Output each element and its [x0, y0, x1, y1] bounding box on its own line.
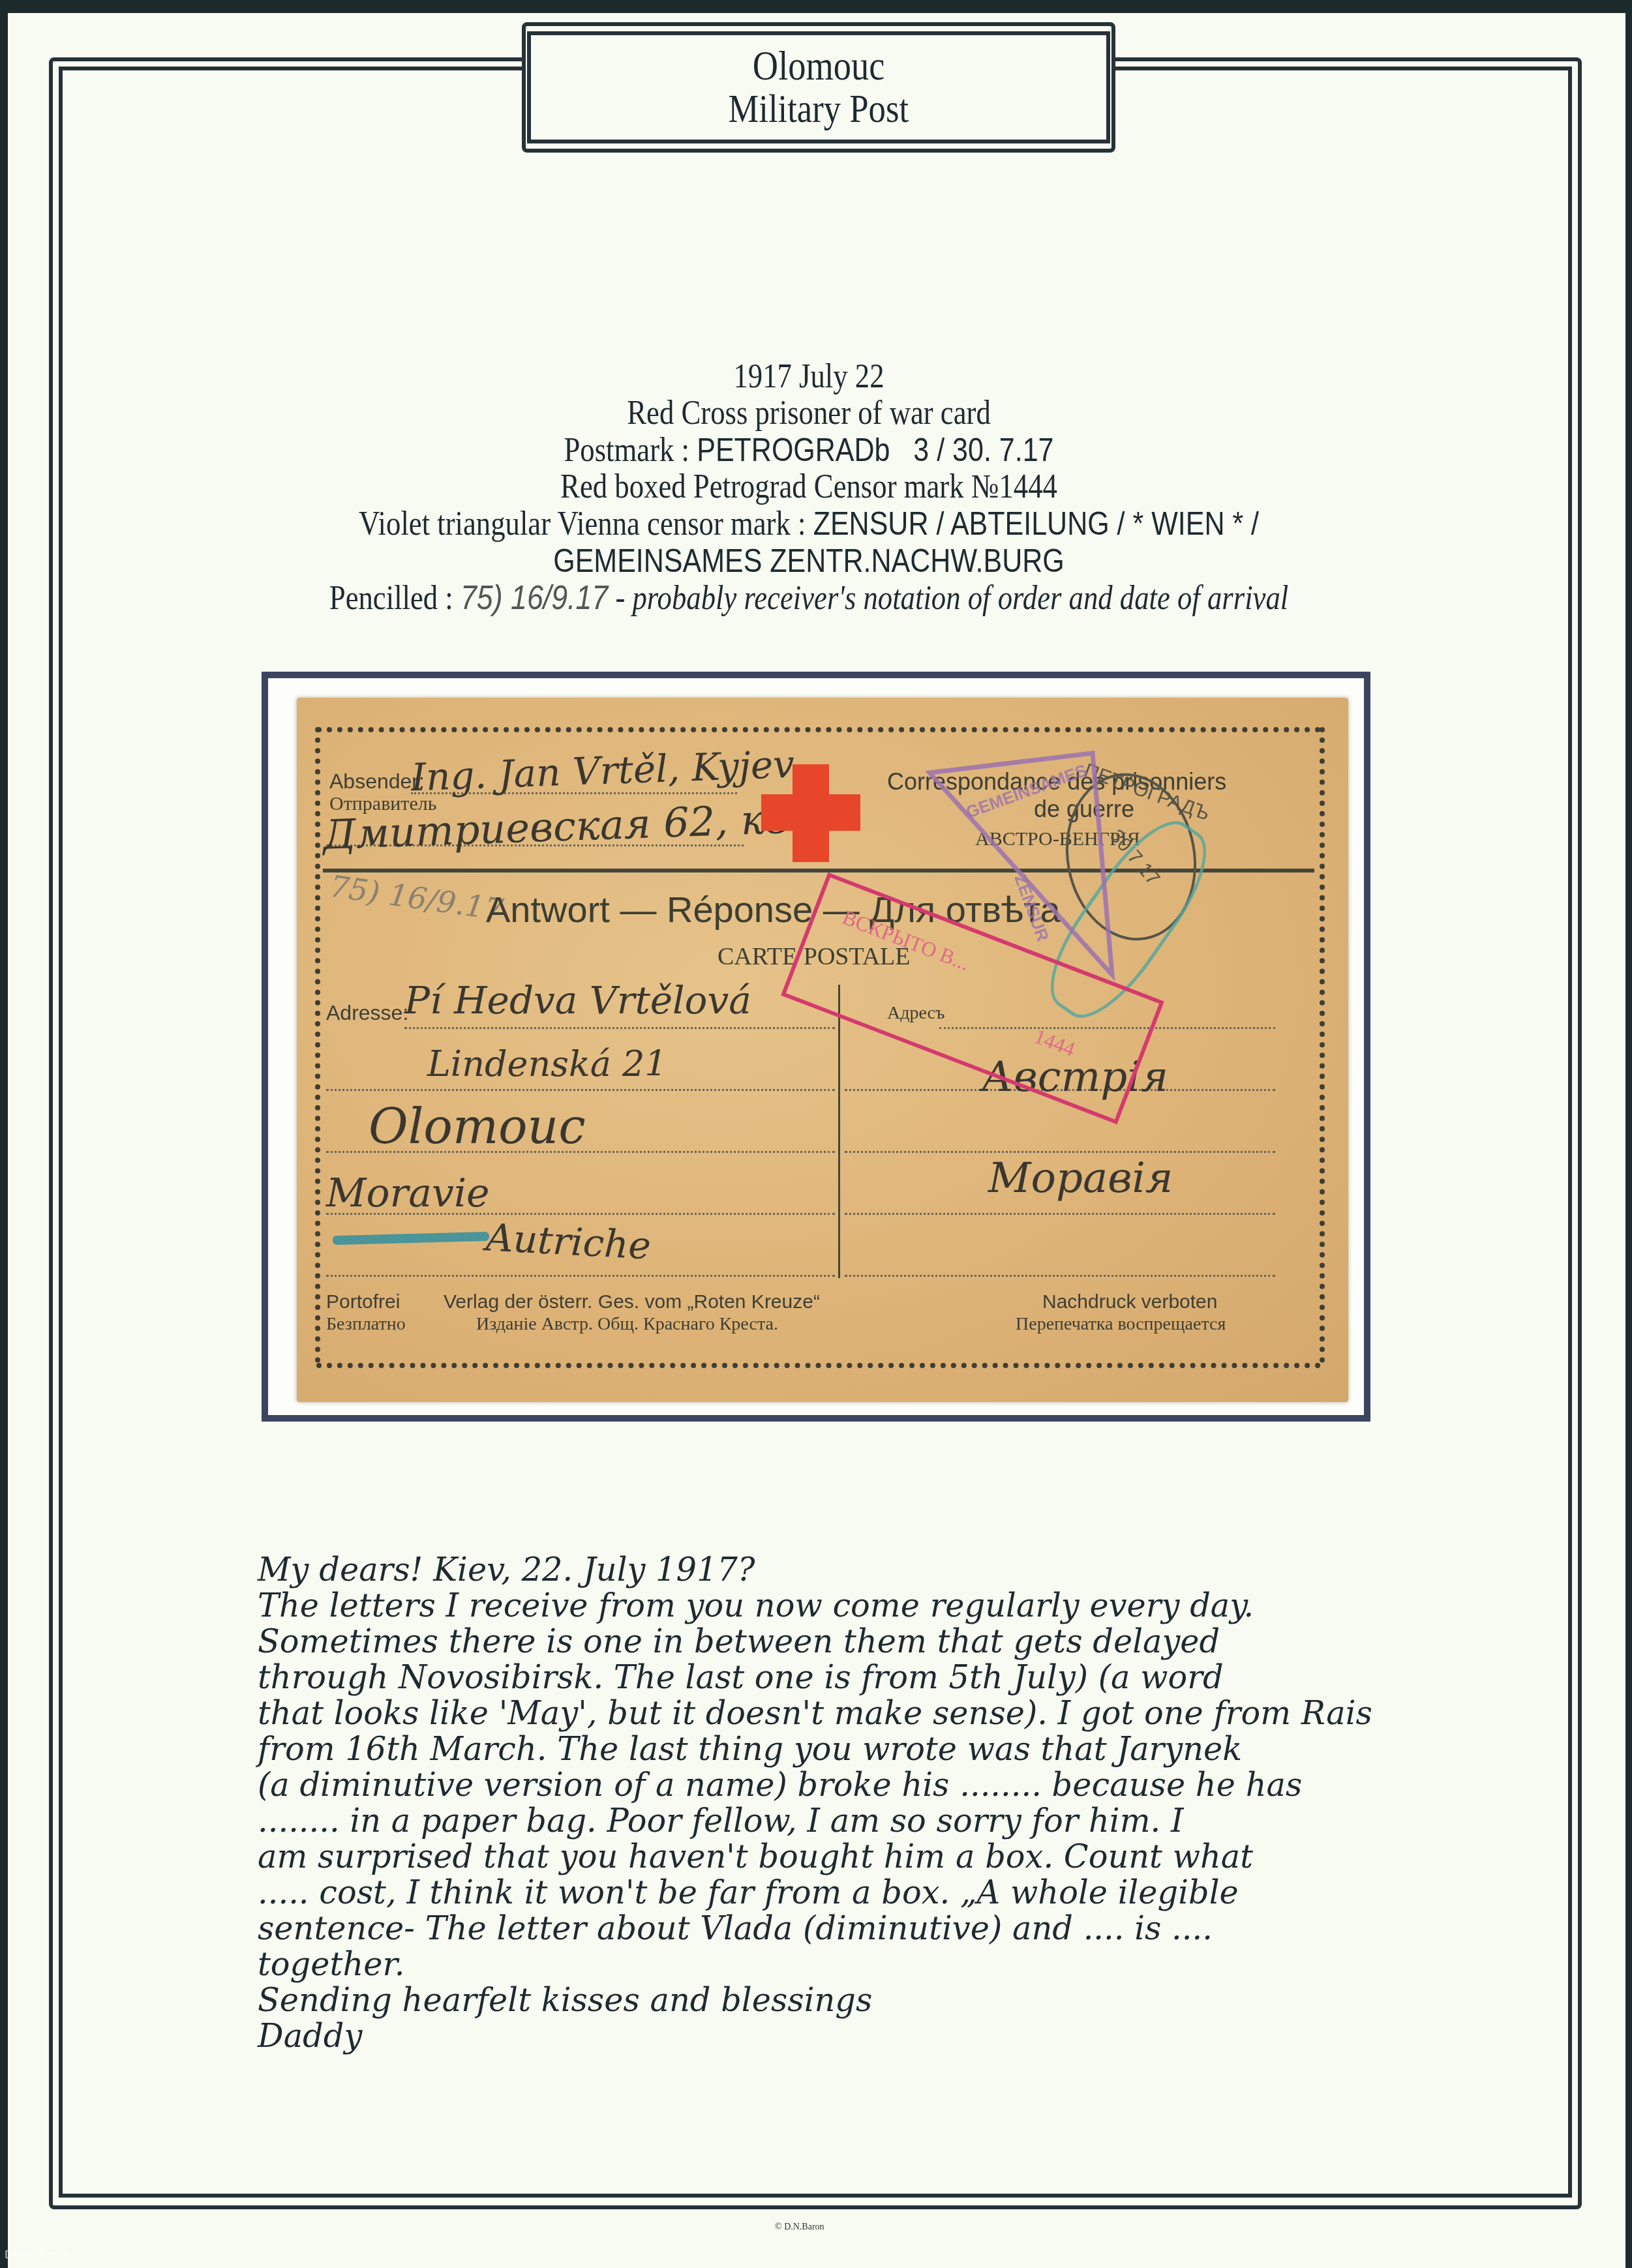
svg-text:GEMEINSAMES: GEMEINSAMES [963, 760, 1090, 822]
svg-text:ZENSUR: ZENSUR [1010, 872, 1053, 944]
violet-censor-value-1: ZENSUR / ABTEILUNG / * WIEN * / [813, 505, 1259, 542]
description-postmark: Postmark : PETROGRADb 3 / 30. 7.17 [113, 432, 1505, 469]
dotted-border-bottom [316, 1363, 1321, 1368]
footer-bezplatno: Безплатно [326, 1314, 406, 1335]
description-date: 1917 July 22 [113, 359, 1505, 395]
address-ru-line-5 [845, 1275, 1275, 1277]
violet-censor-value-2: GEMEINSAMES ZENTR.NACHW.BURG [553, 543, 1065, 579]
letter-line: My dears! Kiev, 22. July 1917? [258, 1552, 1393, 1588]
address-ru-line-4 [845, 1213, 1275, 1215]
address-label-de: Adresse: [326, 1001, 408, 1025]
page-subtitle: Military Post [729, 87, 909, 130]
pencil-note: 75) 16/9.17 [328, 869, 506, 928]
address-hand-4: Moravie [326, 1171, 490, 1216]
dotted-border-right [1320, 727, 1325, 1363]
description-violet-censor: Violet triangular Vienna censor mark : Z… [113, 505, 1505, 543]
description-red-censor: Red boxed Petrograd Censor mark №1444 [113, 469, 1505, 505]
description-pencilled: Pencilled : 75) 16/9.17 - probably recei… [113, 580, 1505, 617]
red-censor-number: 1444 [1031, 1024, 1078, 1061]
address-line-5 [326, 1275, 835, 1277]
item-description: 1917 July 22 Red Cross prisoner of war c… [0, 359, 1618, 617]
letter-line: Daddy [258, 2018, 1393, 2054]
description-type: Red Cross prisoner of war card [113, 395, 1505, 432]
dotted-border-left [315, 727, 320, 1363]
letter-line: am surprised that you haven't bought him… [258, 1839, 1393, 1875]
address-hand-1: Pí Hedva Vrtělová [404, 978, 751, 1022]
address-hand-ru-2: Моравія [988, 1154, 1173, 1202]
letter-line: sentence- The letter about Vlada (diminu… [258, 1911, 1393, 1947]
title-box: Olomouc Military Post [527, 31, 1110, 143]
footer-portofrei: Portofrei [326, 1291, 400, 1313]
letter-line: Sometimes there is one in between them t… [258, 1624, 1393, 1660]
watermark: Derek Baron [5, 2248, 70, 2261]
address-divider [838, 985, 840, 1278]
postcard: Absender: Отправитель Ing. Jan Vrtěl, Ky… [297, 698, 1348, 1402]
description-violet-censor-cont: GEMEINSAMES ZENTR.NACHW.BURG [113, 543, 1505, 580]
letter-line: The letters I receive from you now come … [258, 1588, 1393, 1624]
violet-censor-label: Violet triangular Vienna censor mark : [359, 505, 806, 543]
address-hand-2: Lindenská 21 [427, 1043, 667, 1084]
address-line-1 [404, 1027, 835, 1029]
letter-line: Sending hearfelt kisses and blessings [258, 1982, 1393, 2018]
sender-handwriting-1: Ing. Jan Vrtěl, Kyjev [410, 742, 795, 799]
letter-line: from 16th March. The last thing you wrot… [258, 1731, 1393, 1767]
postmark-label: Postmark : [564, 432, 689, 469]
address-hand-5: Autriche [485, 1215, 652, 1268]
pencilled-note: - probably receiver's notation of order … [615, 580, 1288, 617]
pencilled-label: Pencilled : [329, 580, 453, 617]
red-cross-icon-bar [761, 794, 860, 831]
letter-line: ..... cost, I think it won't be far from… [258, 1875, 1393, 1911]
footer-reprint-ru: Перепечатка воспрещается [1016, 1314, 1226, 1335]
postmark-value: PETROGRADb 3 / 30. 7.17 [697, 432, 1053, 468]
letter-line: together. [258, 1947, 1393, 1982]
letter-line: ........ in a paper bag. Poor fellow, I … [258, 1803, 1393, 1839]
blue-crayon-underline [333, 1232, 489, 1245]
copyright: © D.N.Baron [775, 2222, 824, 2233]
footer-publisher-ru: Изданіе Австр. Общ. Краснаго Креста. [476, 1314, 778, 1335]
address-line-2 [326, 1089, 835, 1091]
letter-line: (a diminutive version of a name) broke h… [258, 1767, 1393, 1803]
dotted-border-top [316, 727, 1321, 732]
pencilled-value: 75) 16/9.17 [461, 579, 608, 617]
page-title: Olomouc [753, 44, 884, 87]
address-ru-line-3 [845, 1151, 1275, 1153]
letter-translation: My dears! Kiev, 22. July 1917?The letter… [258, 1552, 1406, 2054]
footer-publisher-de: Verlag der österr. Ges. vom „Roten Kreuz… [444, 1291, 820, 1313]
letter-line: that looks like 'May', but it doesn't ma… [258, 1695, 1393, 1731]
address-hand-3: Olomouc [369, 1099, 586, 1155]
letter-line: through Novosibirsk. The last one is fro… [258, 1660, 1393, 1695]
footer-reprint-de: Nachdruck verboten [1042, 1291, 1217, 1313]
